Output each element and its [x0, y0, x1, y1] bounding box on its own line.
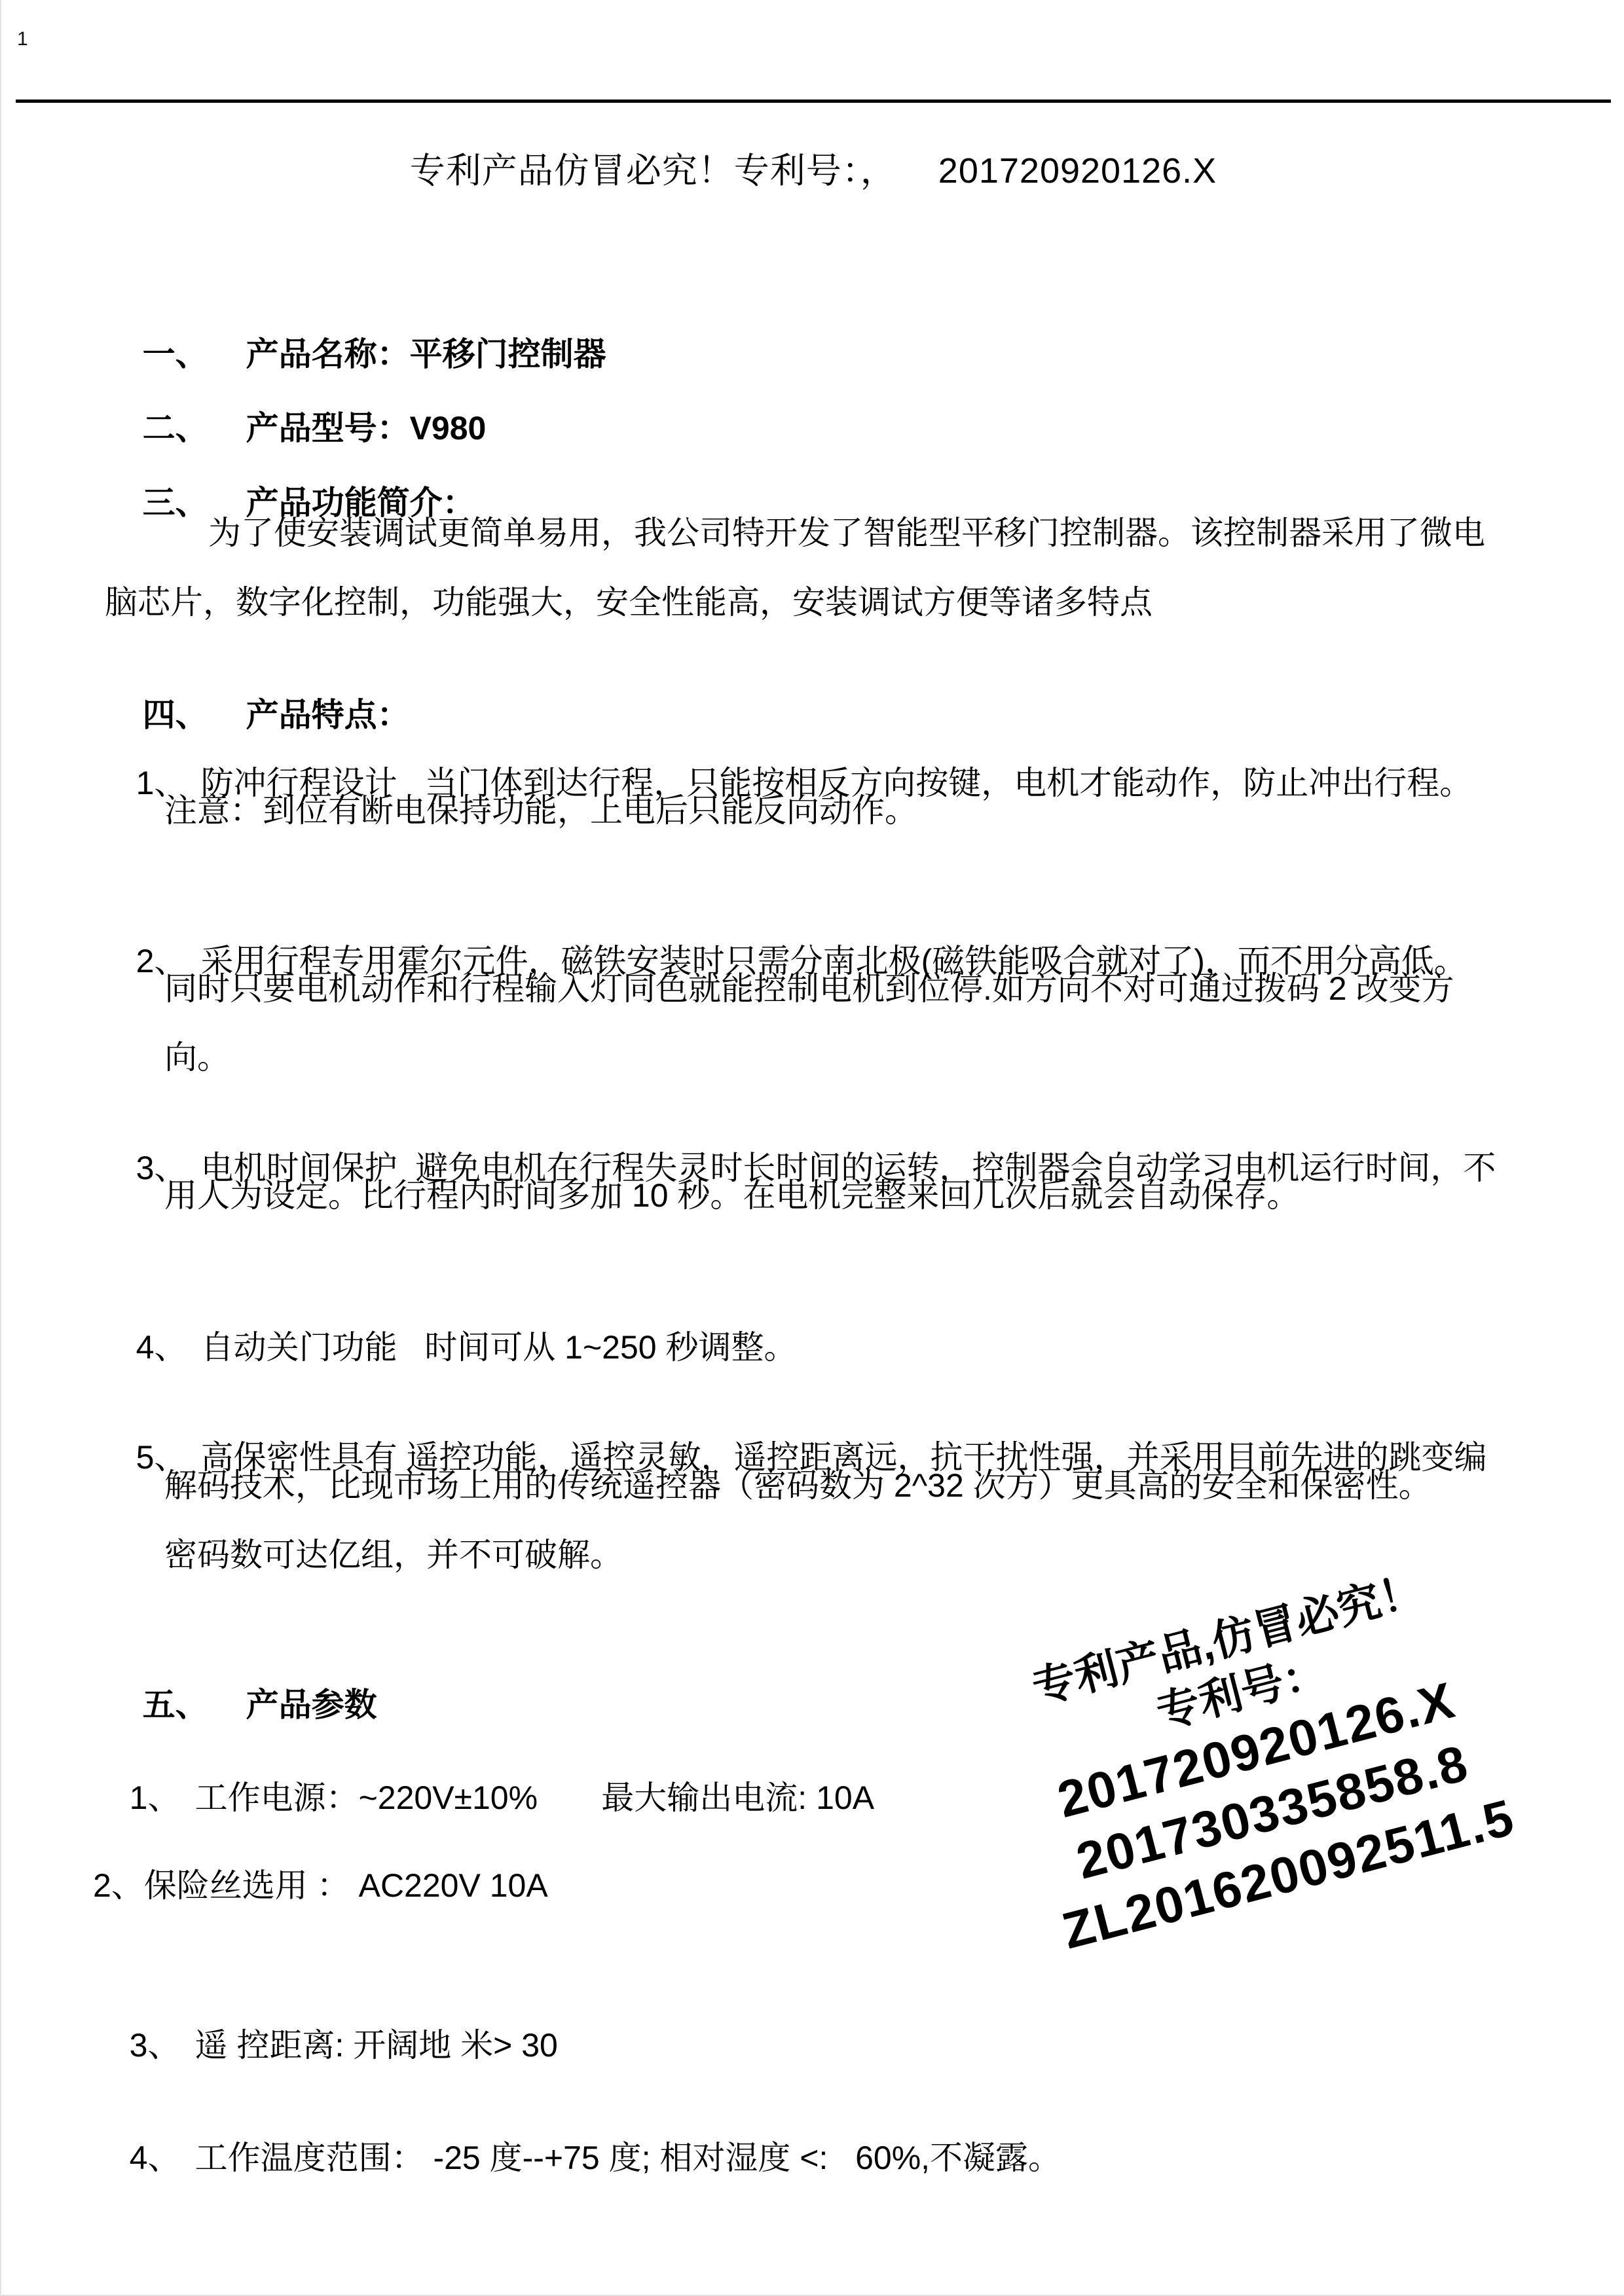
feature-item-continuation: 向。 — [164, 1036, 230, 1078]
item-number: 1、 — [130, 1777, 195, 1819]
page-number: 1 — [17, 27, 28, 51]
parameter-item: 1、工作电源：~220V±10% 最大输出电流: 10A — [93, 1735, 874, 1777]
intro-paragraph-line: 为了使安装调试更简单易用，我公司特开发了智能型平移门控制器。该控制器采用了微电 — [208, 512, 1485, 554]
feature-item: 5、高保密性具有 遥控功能，遥控灵敏，遥控距离远，抗干扰性强，并采用目前先进的跳… — [100, 1394, 1486, 1436]
section-heading-product-parameters: 五、产品参数 — [106, 1642, 377, 1684]
feature-item: 3、电机时间保护 避免电机在行程失灵时长时间的运转，控制器会自动学习电机运行时间… — [100, 1105, 1496, 1147]
item-number: 4、 — [136, 1326, 201, 1368]
section-number: 五、 — [143, 1684, 246, 1726]
feature-item-continuation: 注意：到位有断电保持功能，上电后只能反向动作。 — [164, 790, 917, 831]
feature-item-continuation: 密码数可达亿组，并不可破解。 — [164, 1534, 623, 1576]
feature-item: 2、采用行程专用霍尔元件，磁铁安装时只需分南北极(磁铁能吸合就对了)，而不用分高… — [100, 898, 1467, 940]
item-text: 工作温度范围： -25 度--+75 度; 相对湿度 <: 60%,不凝露。 — [195, 2140, 1061, 2176]
section-heading-product-intro: 三、产品功能简介： — [106, 440, 475, 482]
parameter-item: 4、工作温度范围： -25 度--+75 度; 相对湿度 <: 60%,不凝露。 — [93, 2095, 1061, 2137]
feature-item-continuation: 同时只要电机动作和行程输入灯同色就能控制电机到位停.如方向不对可通过拨码 2 改… — [164, 968, 1454, 1010]
feature-item: 4、自动关门功能 时间可从 1~250 秒调整。 — [100, 1285, 796, 1326]
section-text: 产品参数 — [246, 1686, 377, 1723]
patent-watermark: 专利产品,仿冒必究！ 专利号： 201720920126.X 201730335… — [910, 1532, 1607, 1986]
item-text: 遥 控距离: 开阔地 米> 30 — [195, 2027, 558, 2064]
item-text: 工作电源：~220V±10% 最大输出电流: 10A — [195, 1779, 874, 1816]
feature-item-continuation: 用人为设定。比行程内时间多加 10 秒。在电机完整来回几次后就会自动保存。 — [164, 1175, 1299, 1216]
item-text: 自动关门功能 时间可从 1~250 秒调整。 — [201, 1329, 797, 1366]
section-heading-product-features: 四、产品特点： — [106, 652, 410, 694]
item-number: 3、 — [130, 2024, 195, 2066]
header-divider-line — [16, 100, 1611, 103]
section-heading-product-model: 二、产品型号：V980 — [106, 365, 486, 407]
feature-item-continuation: 解码技术，比现市场上用的传统遥控器（密码数为 2^32 次方）更具高的安全和保密… — [164, 1465, 1431, 1506]
item-number: 4、 — [130, 2137, 195, 2179]
parameter-item: 2、保险丝选用 ： AC220V 10A — [93, 1865, 548, 1906]
parameter-item: 3、遥 控距离: 开阔地 米> 30 — [93, 1982, 558, 2024]
section-heading-product-name: 一、产品名称：平移门控制器 — [106, 291, 606, 333]
feature-item: 1、防冲行程设计 当门体到达行程，只能按相反方向按键，电机才能动作，防止冲出行程… — [100, 720, 1472, 762]
document-title: 专利产品仿冒必究！专利号：， 201720920126.X — [1, 149, 1624, 192]
intro-paragraph-line: 脑芯片，数字化控制，功能强大，安全性能高，安装调试方便等诸多特点 — [105, 581, 1153, 623]
document-page: 1 专利产品仿冒必究！专利号：， 201720920126.X 一、产品名称：平… — [0, 0, 1624, 2296]
